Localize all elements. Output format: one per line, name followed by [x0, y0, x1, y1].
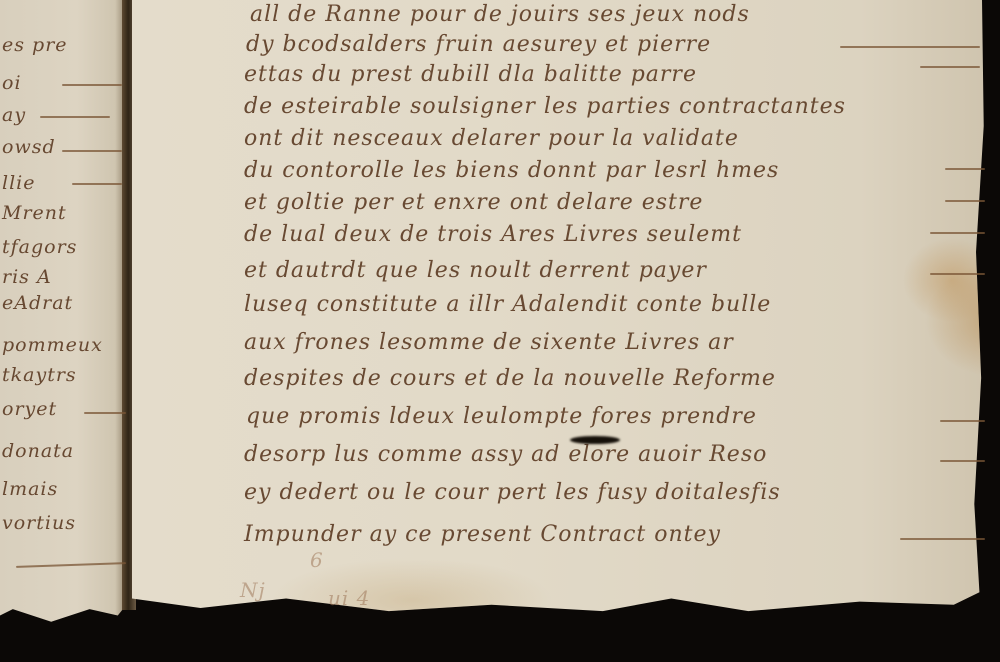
left-page-line: ris A — [2, 266, 52, 288]
left-page-line: lmais — [2, 478, 58, 500]
manuscript-line: du contorolle les biens donnt par lesrl … — [244, 158, 779, 183]
left-page-line: ay — [2, 104, 26, 126]
ink-blot — [570, 436, 620, 444]
manuscript-line: aux frones lesomme de sixente Livres ar — [244, 330, 734, 355]
line-filler-stroke — [72, 183, 122, 185]
left-page-line: oryet — [2, 398, 57, 420]
dark-background — [0, 628, 1000, 662]
left-page-line: llie — [2, 172, 35, 194]
line-filler-stroke — [62, 84, 122, 86]
left-page-line: eAdrat — [2, 292, 73, 314]
left-page-line: donata — [2, 440, 74, 462]
line-filler-stroke — [40, 116, 110, 118]
line-filler-stroke — [62, 150, 122, 152]
left-page-line: tfagors — [2, 236, 77, 258]
manuscript-line: de lual deux de trois Ares Livres seulem… — [244, 222, 742, 247]
line-filler-stroke — [84, 412, 126, 414]
manuscript-line: ettas du prest dubill dla balitte parre — [244, 62, 697, 87]
manuscript-line: et dautrdt que les noult derrent payer — [244, 258, 707, 283]
manuscript-line: ont dit nesceaux delarer pour la validat… — [244, 126, 739, 151]
manuscript-line: all de Ranne pour de jouirs ses jeux nod… — [250, 2, 750, 27]
bleed-through-mark: ui 4 — [328, 586, 370, 610]
manuscript-line: dy bcodsalders fruin aesurey et pierre — [246, 32, 711, 57]
manuscript-line: que promis ldeux leulompte fores prendre — [246, 404, 757, 429]
bleed-through-mark: Nj — [240, 578, 266, 602]
left-page-line: owsd — [2, 136, 56, 158]
line-filler-stroke — [940, 460, 985, 462]
line-filler-stroke — [920, 66, 980, 68]
left-page-line: es pre — [2, 34, 68, 56]
left-page-line: tkaytrs — [2, 364, 77, 386]
left-page-line: pommeux — [2, 334, 103, 356]
left-page-line: vortius — [2, 512, 76, 534]
line-filler-stroke — [930, 273, 985, 275]
line-filler-stroke — [940, 420, 985, 422]
manuscript-line: desorp lus comme assy ad elore auoir Res… — [244, 442, 767, 467]
bleed-through-mark: 6 — [310, 548, 324, 572]
line-filler-stroke — [930, 232, 985, 234]
line-filler-stroke — [945, 168, 985, 170]
left-page-line: oi — [2, 72, 22, 94]
line-filler-stroke — [945, 200, 985, 202]
line-filler-stroke — [840, 46, 980, 48]
line-filler-stroke — [900, 538, 985, 540]
manuscript-line: de esteirable soulsigner les parties con… — [244, 94, 846, 119]
manuscript-line: ey dedert ou le cour pert les fusy doita… — [244, 480, 781, 505]
manuscript-photo: es pre oi ay owsd llie Mrent tfagors ris… — [0, 0, 1000, 662]
left-page-line: Mrent — [2, 202, 67, 224]
manuscript-line: despites de cours et de la nouvelle Refo… — [244, 366, 776, 391]
manuscript-line: et goltie per et enxre ont delare estre — [244, 190, 703, 215]
manuscript-line: luseq constitute a illr Adalendit conte … — [244, 292, 771, 317]
manuscript-line: Impunder ay ce present Contract ontey — [244, 522, 721, 547]
